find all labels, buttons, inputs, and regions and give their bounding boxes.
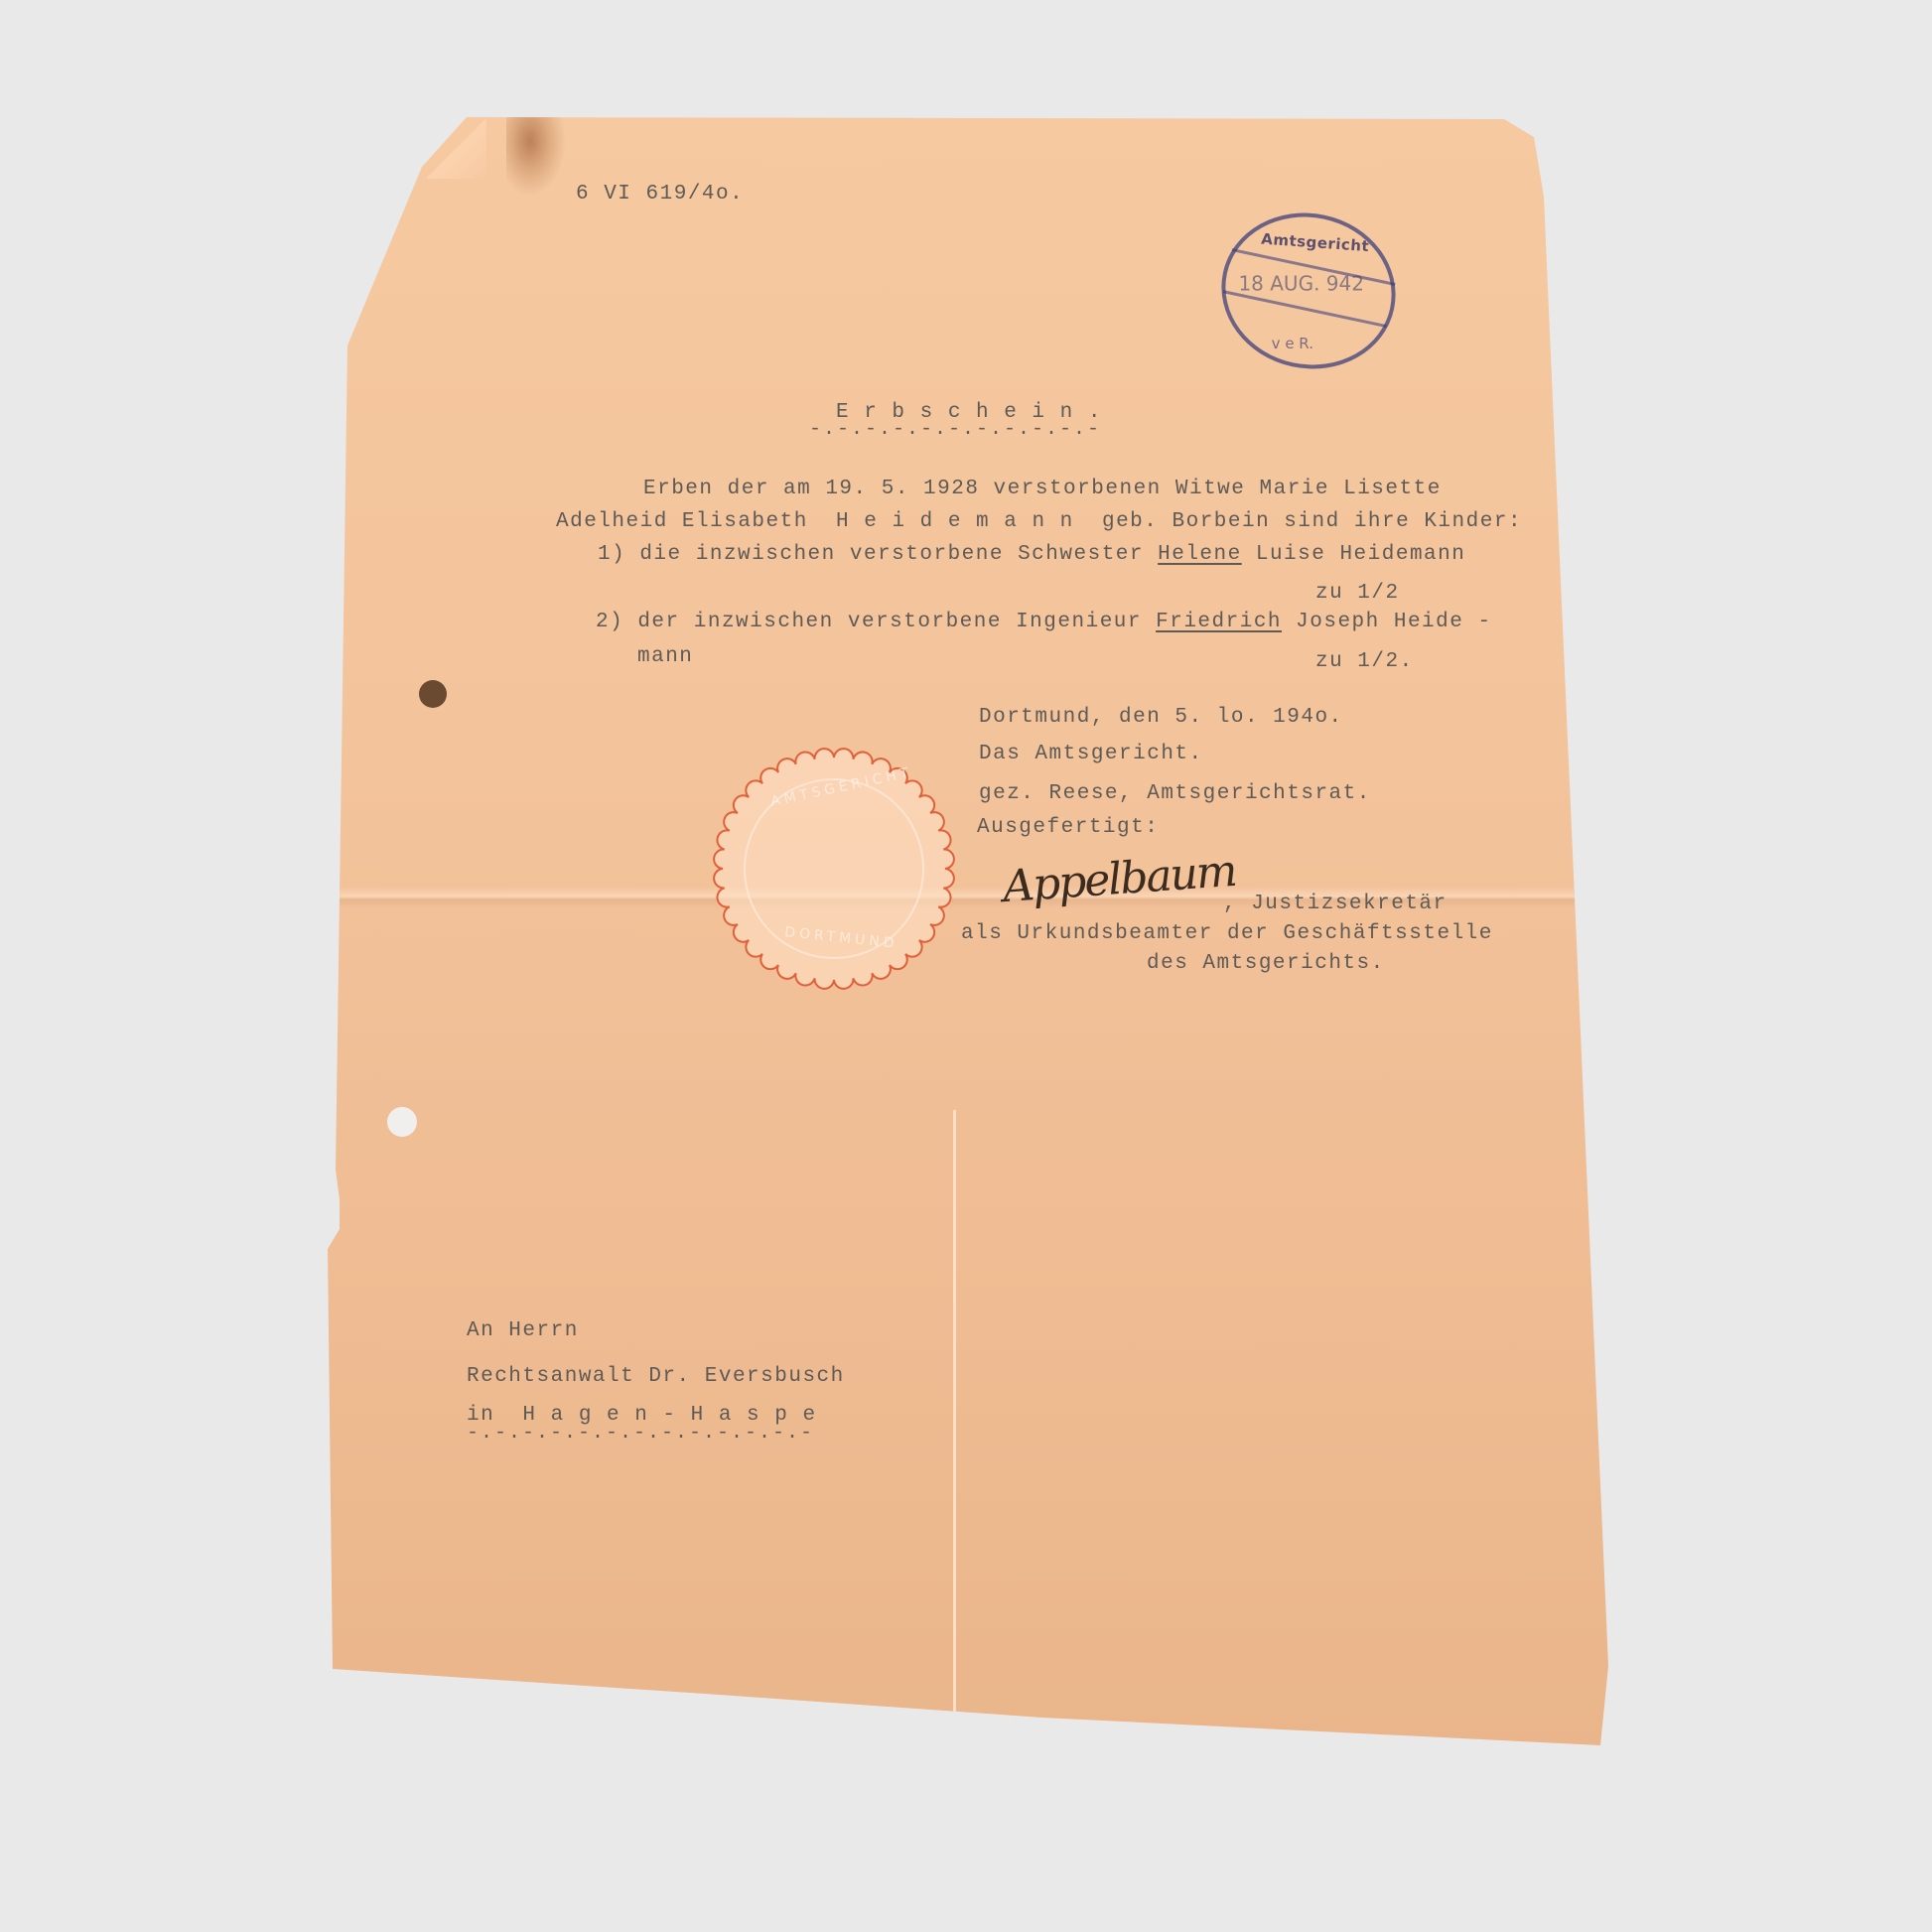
heir-2-share: zu 1/2. [1315, 651, 1414, 672]
file-number: 6 VI 619/4o. [576, 184, 744, 205]
punch-hole-top [419, 680, 447, 708]
judge-line: gez. Reese, Amtsgerichtsrat. [979, 783, 1371, 804]
court-name: Das Amtsgericht. [979, 744, 1203, 764]
recipient-underline: -.-.-.-.-.-.-.-.-.-.-.-.- [467, 1424, 814, 1444]
stamp-top-text: Amtsgericht [1261, 230, 1370, 256]
heir-2-continuation: mann [637, 646, 693, 667]
clerk-title: , Justizsekretär [1223, 894, 1448, 914]
clerk-line-2: als Urkundsbeamter der Geschäftsstelle [961, 923, 1493, 944]
recipient-line-1: An Herrn [467, 1320, 579, 1341]
heir-1-name: Helene [1158, 543, 1242, 566]
clerk-line-3: des Amtsgerichts. [1147, 953, 1385, 974]
heir-2-prefix: der inzwischen verstorbene Ingenieur [637, 611, 1156, 633]
title-underline: -.-.-.-.-.-.-.-.-.-.- [809, 420, 1101, 440]
heir-1-number: 1) [598, 543, 625, 566]
heir-1: 1) die inzwischen verstorbene Schwester … [598, 544, 1465, 565]
issued-label: Ausgefertigt: [977, 817, 1159, 838]
heir-2: 2) der inzwischen verstorbene Ingenieur … [596, 612, 1492, 632]
stamp-date: 18 AUG. 942 [1238, 271, 1364, 295]
folded-corner [427, 119, 486, 179]
punch-hole-bottom [387, 1107, 417, 1137]
stamp-bottom-text: v e R. [1272, 335, 1313, 352]
heir-1-share: zu 1/2 [1315, 583, 1400, 604]
body-line-2: Adelheid Elisabeth H e i d e m a n n geb… [556, 511, 1522, 532]
heir-2-number: 2) [596, 611, 623, 633]
place-date: Dortmund, den 5. lo. 194o. [979, 707, 1343, 728]
rust-stain [506, 117, 566, 197]
heir-2-name: Friedrich [1156, 611, 1282, 633]
heir-1-prefix: die inzwischen verstorbene Schwester [639, 543, 1158, 566]
heir-1-suffix: Luise Heidemann [1242, 543, 1466, 566]
seal-icon [700, 740, 968, 998]
recipient-line-2: Rechtsanwalt Dr. Eversbusch [467, 1366, 845, 1387]
embossed-seal: AMTSGERICHT DORTMUND [700, 740, 968, 998]
heir-2-suffix: Joseph Heide - [1282, 611, 1492, 633]
body-line-1: Erben der am 19. 5. 1928 verstorbenen Wi… [643, 479, 1442, 499]
